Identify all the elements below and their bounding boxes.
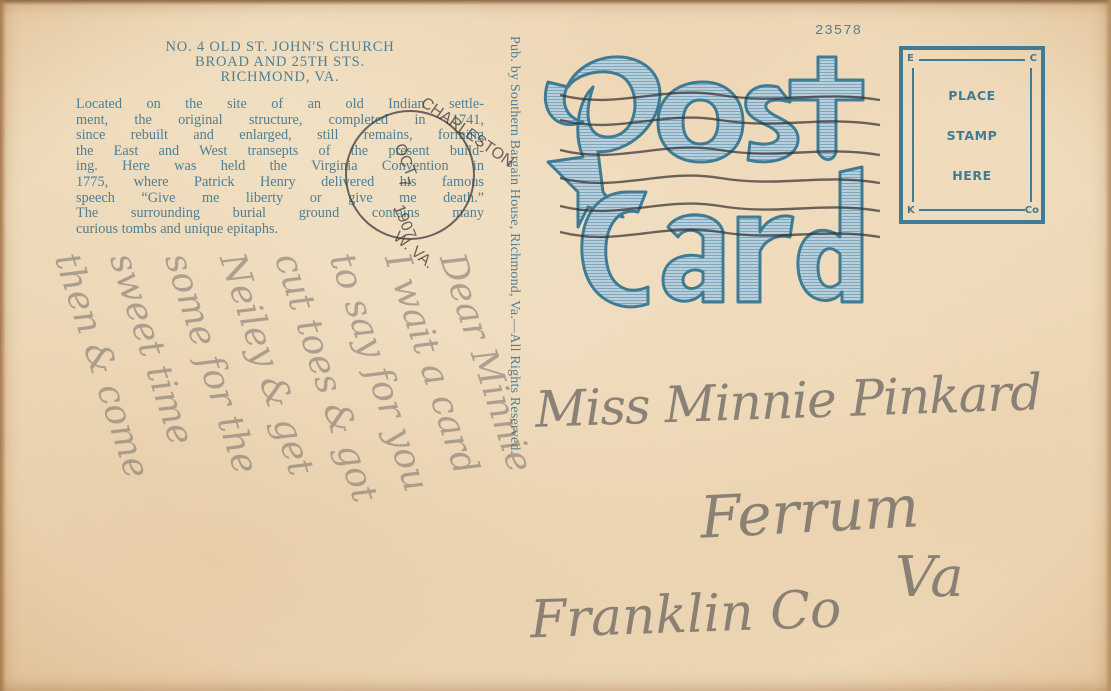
address-state: Va <box>895 545 964 610</box>
address-county: Franklin Co <box>529 580 842 651</box>
address-town: Ferrum <box>698 472 920 551</box>
postcard-back: NO. 4 OLD ST. JOHN'S CHURCH BROAD AND 25… <box>0 0 1111 691</box>
